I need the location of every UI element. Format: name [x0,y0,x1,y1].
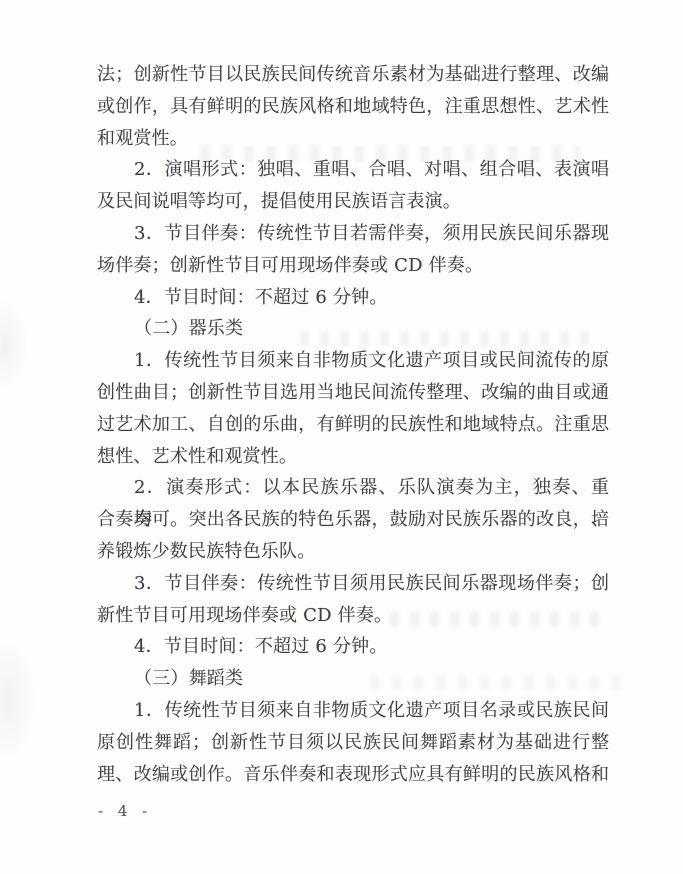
text-line: 过艺术加工、自创的乐曲，有鲜明的民族性和地域特点。注重思 [97,409,609,441]
text-line: 4．节目时间：不超过 6 分钟。 [97,282,609,314]
text-line: 1．传统性节目须来自非物质文化遗产项目或民间流传的原 [97,345,609,377]
page-number: - 4 - [98,802,152,820]
text-line: 创性曲目；创新性节目选用当地民间流传整理、改编的曲目或通 [97,377,609,409]
scan-smudge [0,300,28,390]
text-line: 4．节目时间：不超过 6 分钟。 [97,631,609,663]
text-line: 理、改编或创作。音乐伴奏和表现形式应具有鲜明的民族风格和 [97,759,609,791]
text-line: 和观赏性。 [97,123,609,155]
text-line: 新性节目可用现场伴奏或 CD 伴奏。 [97,600,609,632]
text-line: 1．传统性节目须来自非物质文化遗产项目名录或民族民间 [97,695,609,727]
text-line: 原创性舞蹈；创新性节目须以民族民间舞蹈素材为基础进行整 [97,727,609,759]
text-line: 场伴奏；创新性节目可用现场伴奏或 CD 伴奏。 [97,250,609,282]
text-line: 及民间说唱等均可，提倡使用民族语言表演。 [97,186,609,218]
text-line: 合奏均可。突出各民族的特色乐器，鼓励对民族乐器的改良，培 [97,504,609,536]
text-line: 法；创新性节目以民族民间传统音乐素材为基础进行整理、改编 [97,59,609,91]
text-line: 3．节目伴奏：传统性节目须用民族民间乐器现场伴奏；创 [97,568,609,600]
text-line: 2．演唱形式：独唱、重唱、合唱、对唱、组合唱、表演唱 [97,154,609,186]
text-line: 2．演奏形式：以本民族乐器、乐队演奏为主，独奏、重奏、 [97,472,609,504]
scan-smudge [0,640,36,760]
text-line: 想性、艺术性和观赏性。 [97,441,609,473]
text-line: （三）舞蹈类 [97,663,609,695]
document-lines: 法；创新性节目以民族民间传统音乐素材为基础进行整理、改编或创作，具有鲜明的民族风… [97,59,609,790]
text-line: 或创作，具有鲜明的民族风格和地域特色，注重思想性、艺术性 [97,91,609,123]
text-line: （二）器乐类 [97,313,609,345]
text-line: 3．节目伴奏：传统性节目若需伴奏，须用民族民间乐器现 [97,218,609,250]
text-line: 养锻炼少数民族特色乐队。 [97,536,609,568]
scanned-document-page: 法；创新性节目以民族民间传统音乐素材为基础进行整理、改编或创作，具有鲜明的民族风… [0,0,683,874]
